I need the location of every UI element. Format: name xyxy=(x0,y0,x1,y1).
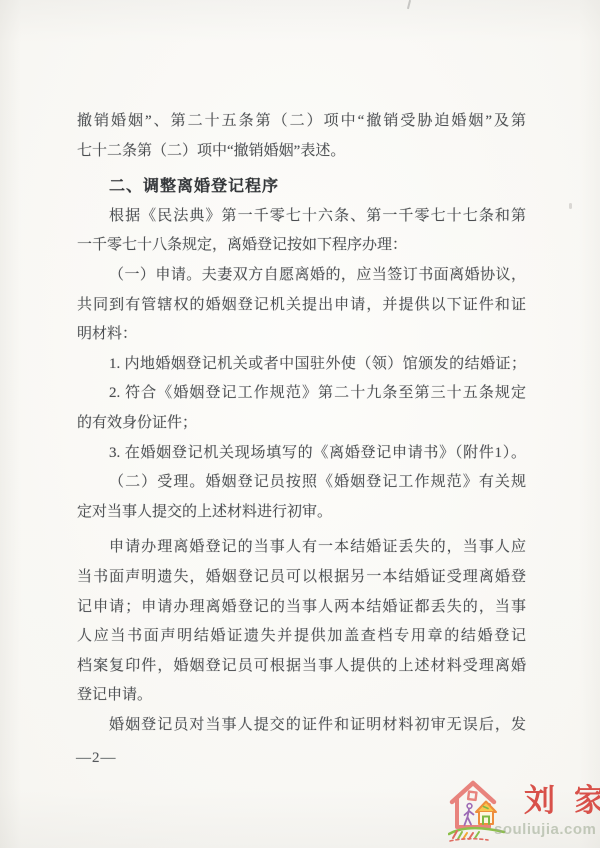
logo-figure-icon xyxy=(465,804,474,825)
doc-line: 当书面声明遗失，婚姻登记员可以根据另一本结婚证受理离婚登 xyxy=(77,563,526,593)
doc-line: 1. 内地婚姻登记机关或者中国驻外使（领）馆颁发的结婚证； xyxy=(77,350,526,380)
doc-line: 根据《民法典》第一千零七十六条、第一千零七十七条和第 xyxy=(77,202,526,232)
doc-line: 撤销婚姻”、第二十五条第（二）项中“撤销受胁迫婚姻”及第 xyxy=(77,107,526,137)
doc-line: （二）受理。婚姻登记员按照《婚姻登记工作规范》有关规 xyxy=(77,468,526,498)
logo-small-house-icon xyxy=(476,802,496,825)
doc-line: 3. 在婚姻登记机关现场填写的《离婚登记申请书》（附件1）。 xyxy=(77,439,526,469)
brand-text: 刘家 xyxy=(524,783,600,818)
scan-artifact xyxy=(569,203,572,209)
doc-line: 登记申请。 xyxy=(77,681,526,711)
page-number: —2— xyxy=(76,750,117,767)
doc-line: 一千零七十八条规定，离婚登记按如下程序办理： xyxy=(77,231,526,261)
site-logo: 刘家 souliujia.com xyxy=(448,770,600,848)
doc-line: （一）申请。夫妻双方自愿离婚的，应当签订书面离婚协议， xyxy=(77,261,526,291)
doc-line: 的有效身份证件； xyxy=(77,409,526,439)
doc-line: 2. 符合《婚姻登记工作规范》第二十九条至第三十五条规定 xyxy=(77,379,526,409)
doc-line: 记申请；申请办理离婚登记的当事人两本结婚证都丢失的，当事 xyxy=(77,593,526,623)
scan-artifact xyxy=(407,0,411,9)
doc-line: 共同到有管辖权的婚姻登记机关提出申请，并提供以下证件和证 xyxy=(77,291,526,321)
doc-line: 明材料： xyxy=(77,320,526,350)
doc-line: 七十二条第（二）项中“撤销婚姻”表述。 xyxy=(77,137,526,167)
doc-line: 申请办理离婚登记的当事人有一本结婚证丢失的，当事人应 xyxy=(77,533,526,563)
document-page: 撤销婚姻”、第二十五条第（二）项中“撤销受胁迫婚姻”及第 七十二条第（二）项中“… xyxy=(0,0,600,848)
body-text: 撤销婚姻”、第二十五条第（二）项中“撤销受胁迫婚姻”及第 七十二条第（二）项中“… xyxy=(77,107,526,740)
doc-line: 定对当事人提交的上述材料进行初审。 xyxy=(77,498,526,528)
doc-line: 婚姻登记员对当事人提交的证件和证明材料初审无误后，发 xyxy=(77,711,526,741)
doc-line: 人应当书面声明结婚证遗失并提供加盖查档专用章的结婚登记 xyxy=(77,622,526,652)
doc-line: 档案复印件，婚姻登记员可根据当事人提供的上述材料受理离婚 xyxy=(77,652,526,682)
watermark-text: souliujia.com xyxy=(494,821,596,838)
section-heading: 二、调整离婚登记程序 xyxy=(77,172,526,202)
